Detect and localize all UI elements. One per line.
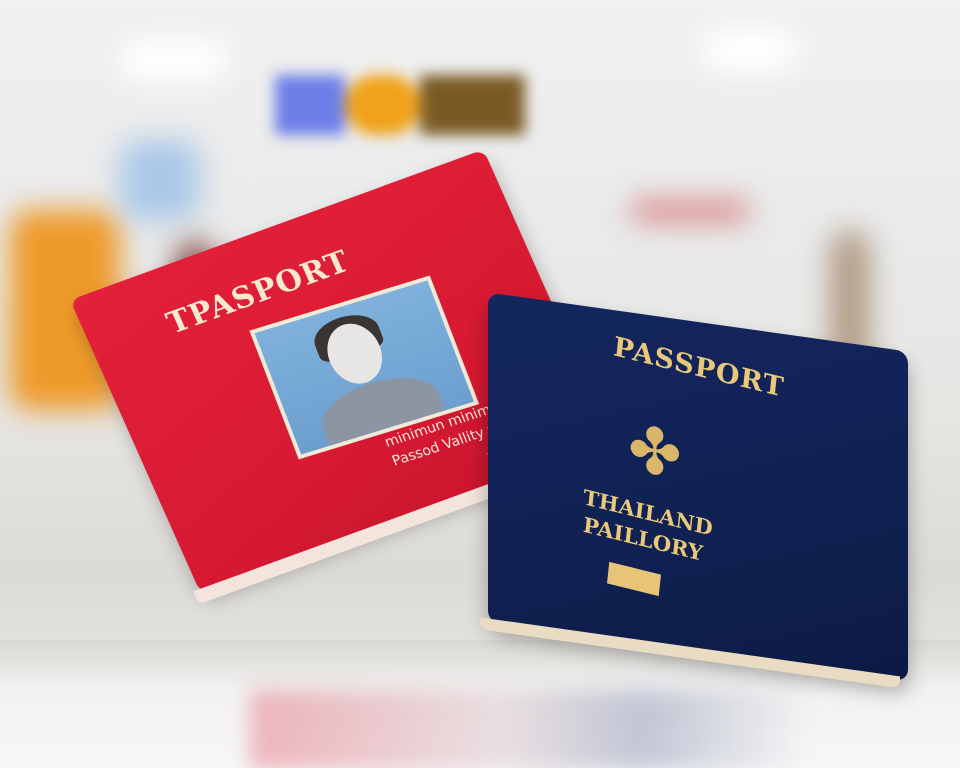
gold-badge xyxy=(607,562,661,596)
passport-reflection xyxy=(250,690,810,768)
ceiling-light xyxy=(700,30,800,70)
airport-scene: TPASPORT minimun minimum Passod Vallity … xyxy=(0,0,960,768)
blurred-screen xyxy=(120,140,200,220)
blurred-sign-right xyxy=(630,200,750,222)
airport-sign xyxy=(275,75,525,135)
blue-passport-title: PASSPORT xyxy=(612,331,786,403)
blue-passport: PASSPORT ✤ THAILAND PAILLORY xyxy=(488,292,908,681)
eagle-emblem-icon: ✤ xyxy=(628,417,682,489)
ceiling-light xyxy=(120,40,230,80)
